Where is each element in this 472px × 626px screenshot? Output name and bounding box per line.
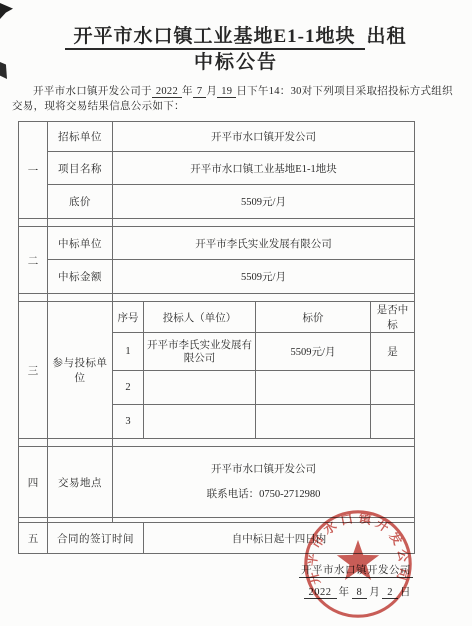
signature-year-label: 年 [339,587,350,598]
title-project-name: 开平市水口镇工业基地E1-1地块 [65,26,364,50]
section2-number: 二 [19,227,48,294]
bidder2-no: 2 [113,371,144,405]
section-divider [19,439,415,447]
intro-paragraph: 开平市水口镇开发公司于2022年7月19日下午14：30对下列项目采取招投标方式… [12,84,459,114]
section2-row2-label: 中标金额 [48,260,113,294]
bidders-header-won: 是否中标 [371,302,415,333]
section4-number: 四 [19,447,48,518]
scan-artifact-left-edge [0,62,7,79]
section4-value: 开平市水口镇开发公司 联系电话：0750-2712980 [113,447,415,518]
title-lease-word: 出租 [367,26,407,47]
section4-label: 交易地点 [48,447,113,518]
section1-number: 一 [19,122,48,219]
contract-signing-time: 自中标日起十四日内 [144,523,415,554]
intro-year-label: 年 [182,86,193,97]
page-title: 开平市水口镇工业基地E1-1地块出租 [8,24,464,50]
bidder2-price [256,371,371,405]
bidder2-won [371,371,415,405]
signature-month: 8 [352,587,368,599]
bidder1-no: 1 [113,333,144,371]
scanned-announcement-page: 开平市水口镇工业基地E1-1地块出租 中标公告 开平市水口镇开发公司于2022年… [0,0,472,626]
signature-year: 2022 [304,587,337,599]
section1-row3-label: 底价 [48,185,113,219]
section5-label: 合同的签订时间 [48,523,144,554]
signature-day-label: 日 [400,587,411,598]
section2-row1-label: 中标单位 [48,227,113,260]
trade-location: 开平市水口镇开发公司 [115,457,412,482]
bidder3-won [371,405,415,439]
bidder2-name [144,371,256,405]
intro-year: 2022 [152,86,182,98]
section-divider [19,219,415,227]
bidders-header-bidder: 投标人（单位） [144,302,256,333]
bidder1-name: 开平市李氏实业发展有限公司 [144,333,256,371]
bidder3-price [256,405,371,439]
section1-row1-label: 招标单位 [48,122,113,152]
signature-company-line: 开平市水口镇开发公司 [0,561,413,580]
bidder3-name [144,405,256,439]
section1-row2-label: 项目名称 [48,152,113,185]
signature-date-line: 2022年8月2日 [0,585,413,601]
section5-number: 五 [19,523,48,554]
signature-month-label: 月 [369,587,380,598]
section3-number: 三 [19,302,48,439]
signature-block: 开平市水口镇开发公司 2022年8月2日 [0,561,472,601]
page-subtitle: 中标公告 [0,50,472,75]
bidders-header-price: 标价 [256,302,371,333]
section2-row1-value: 开平市李氏实业发展有限公司 [113,227,415,260]
section-divider [19,294,415,302]
section2-row2-value: 5509元/月 [113,260,415,294]
signature-company: 开平市水口镇开发公司 [299,565,413,578]
intro-day: 19 [217,86,236,98]
intro-month: 7 [193,86,207,98]
bidder3-no: 3 [113,405,144,439]
scan-artifact-top-left [0,3,13,19]
intro-prefix: 开平市水口镇开发公司于 [33,86,152,97]
bidder1-price: 5509元/月 [256,333,371,371]
bidders-header-no: 序号 [113,302,144,333]
section1-row3-value: 5509元/月 [113,185,415,219]
bidder1-won: 是 [371,333,415,371]
signature-day: 2 [382,587,398,599]
intro-month-label: 月 [206,86,217,97]
section1-row2-value: 开平市水口镇工业基地E1-1地块 [113,152,415,185]
section1-row1-value: 开平市水口镇开发公司 [113,122,415,152]
contact-phone: 联系电话：0750-2712980 [115,482,412,507]
announcement-table: 一 招标单位 开平市水口镇开发公司 项目名称 开平市水口镇工业基地E1-1地块 … [18,121,415,554]
section3-label: 参与投标单位 [48,302,113,439]
